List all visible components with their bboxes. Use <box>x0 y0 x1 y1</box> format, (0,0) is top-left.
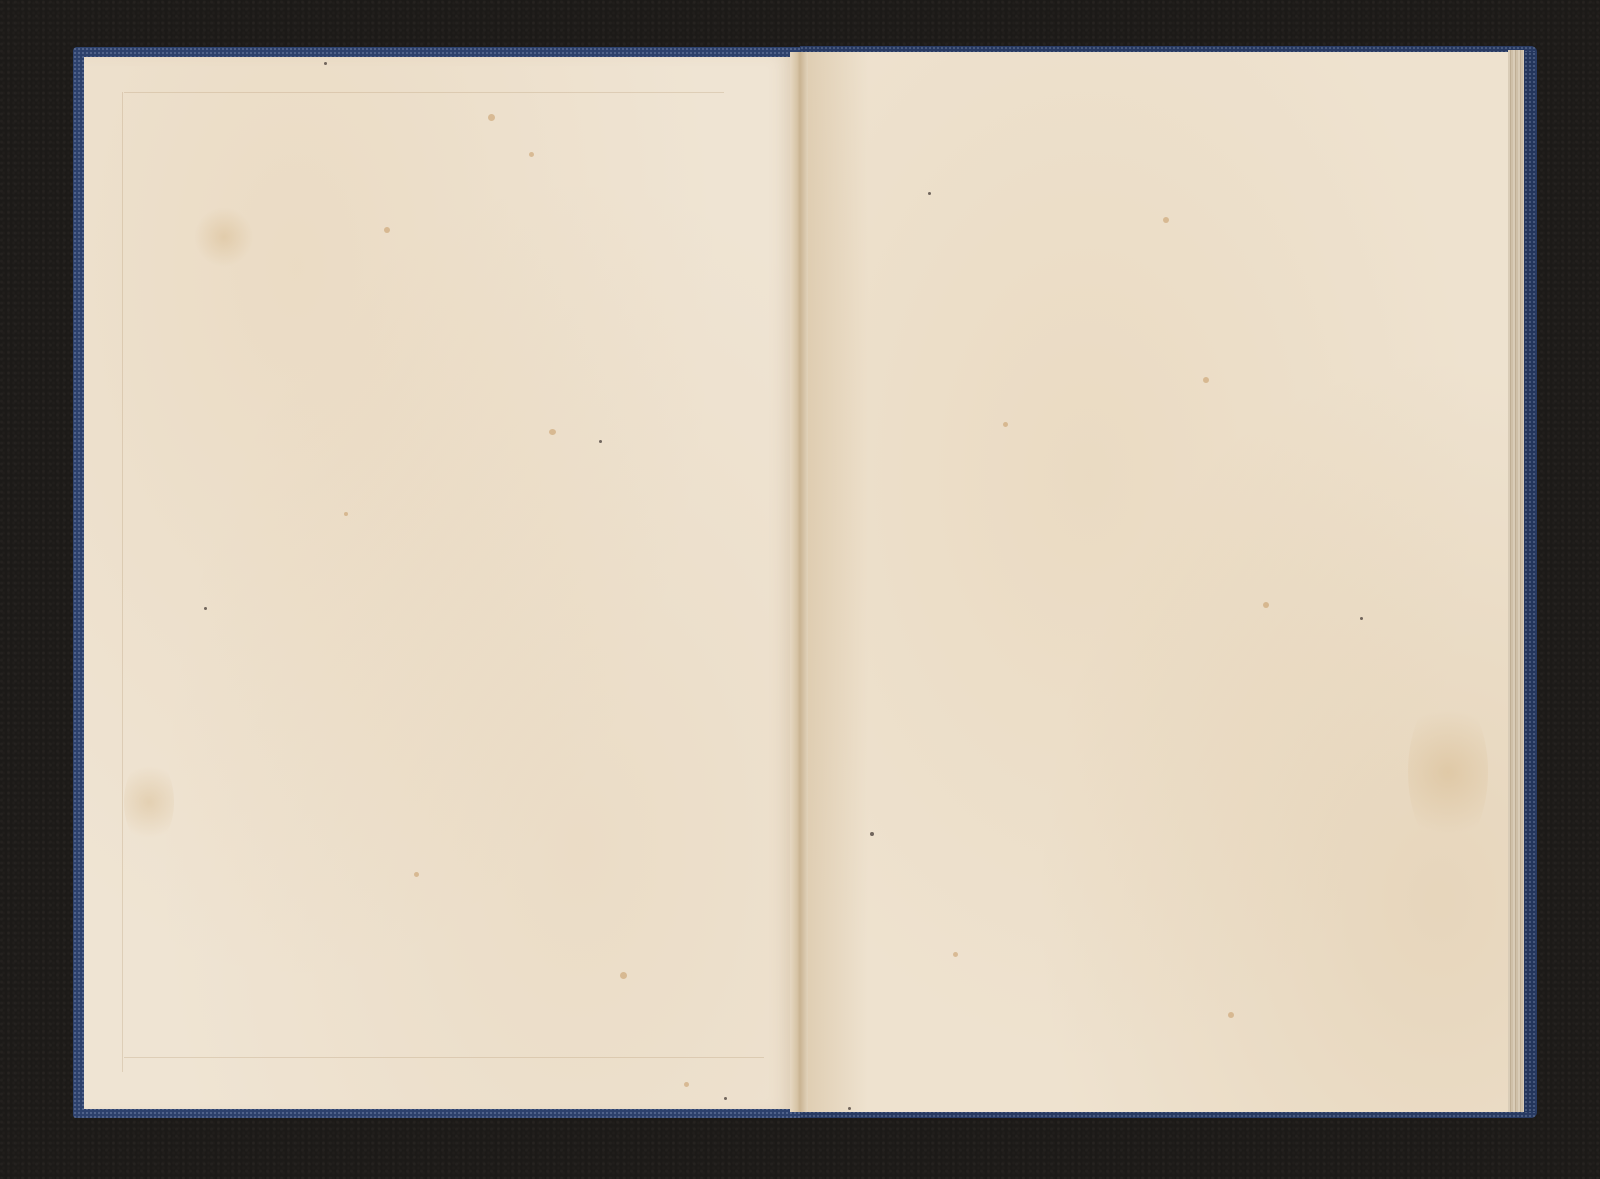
book-gutter <box>790 52 808 1112</box>
foxing-spot <box>684 1082 689 1087</box>
dirt-speck <box>599 440 602 443</box>
paper-crease <box>124 92 724 93</box>
foxing-spot <box>953 952 958 957</box>
back-cover-edge <box>1524 52 1535 1112</box>
dirt-speck <box>848 1107 851 1110</box>
dirt-speck <box>870 832 874 836</box>
foxing-spot <box>414 872 419 877</box>
foxing-spot <box>549 429 556 435</box>
dirt-speck <box>1360 617 1363 620</box>
foxing-spot <box>488 114 495 121</box>
foxing-spot <box>529 152 534 157</box>
foxing-stain <box>124 757 174 847</box>
foxing-spot <box>1203 377 1209 383</box>
dirt-speck <box>928 192 931 195</box>
foxing-spot <box>384 227 390 233</box>
foxing-spot <box>1163 217 1169 223</box>
foxing-stain <box>194 207 254 267</box>
foxing-stain <box>1408 692 1488 852</box>
dirt-speck <box>204 607 207 610</box>
foxing-spot <box>344 512 348 516</box>
text-block-edges <box>1508 50 1524 1112</box>
right-endpaper <box>808 52 1510 1112</box>
dirt-speck <box>324 62 327 65</box>
left-endpaper <box>84 57 792 1109</box>
paper-crease <box>122 92 123 1072</box>
foxing-spot <box>1003 422 1008 427</box>
paper-crease <box>124 1057 764 1058</box>
foxing-spot <box>1228 1012 1234 1018</box>
foxing-spot <box>620 972 627 979</box>
dirt-speck <box>724 1097 727 1100</box>
foxing-spot <box>1263 602 1269 608</box>
